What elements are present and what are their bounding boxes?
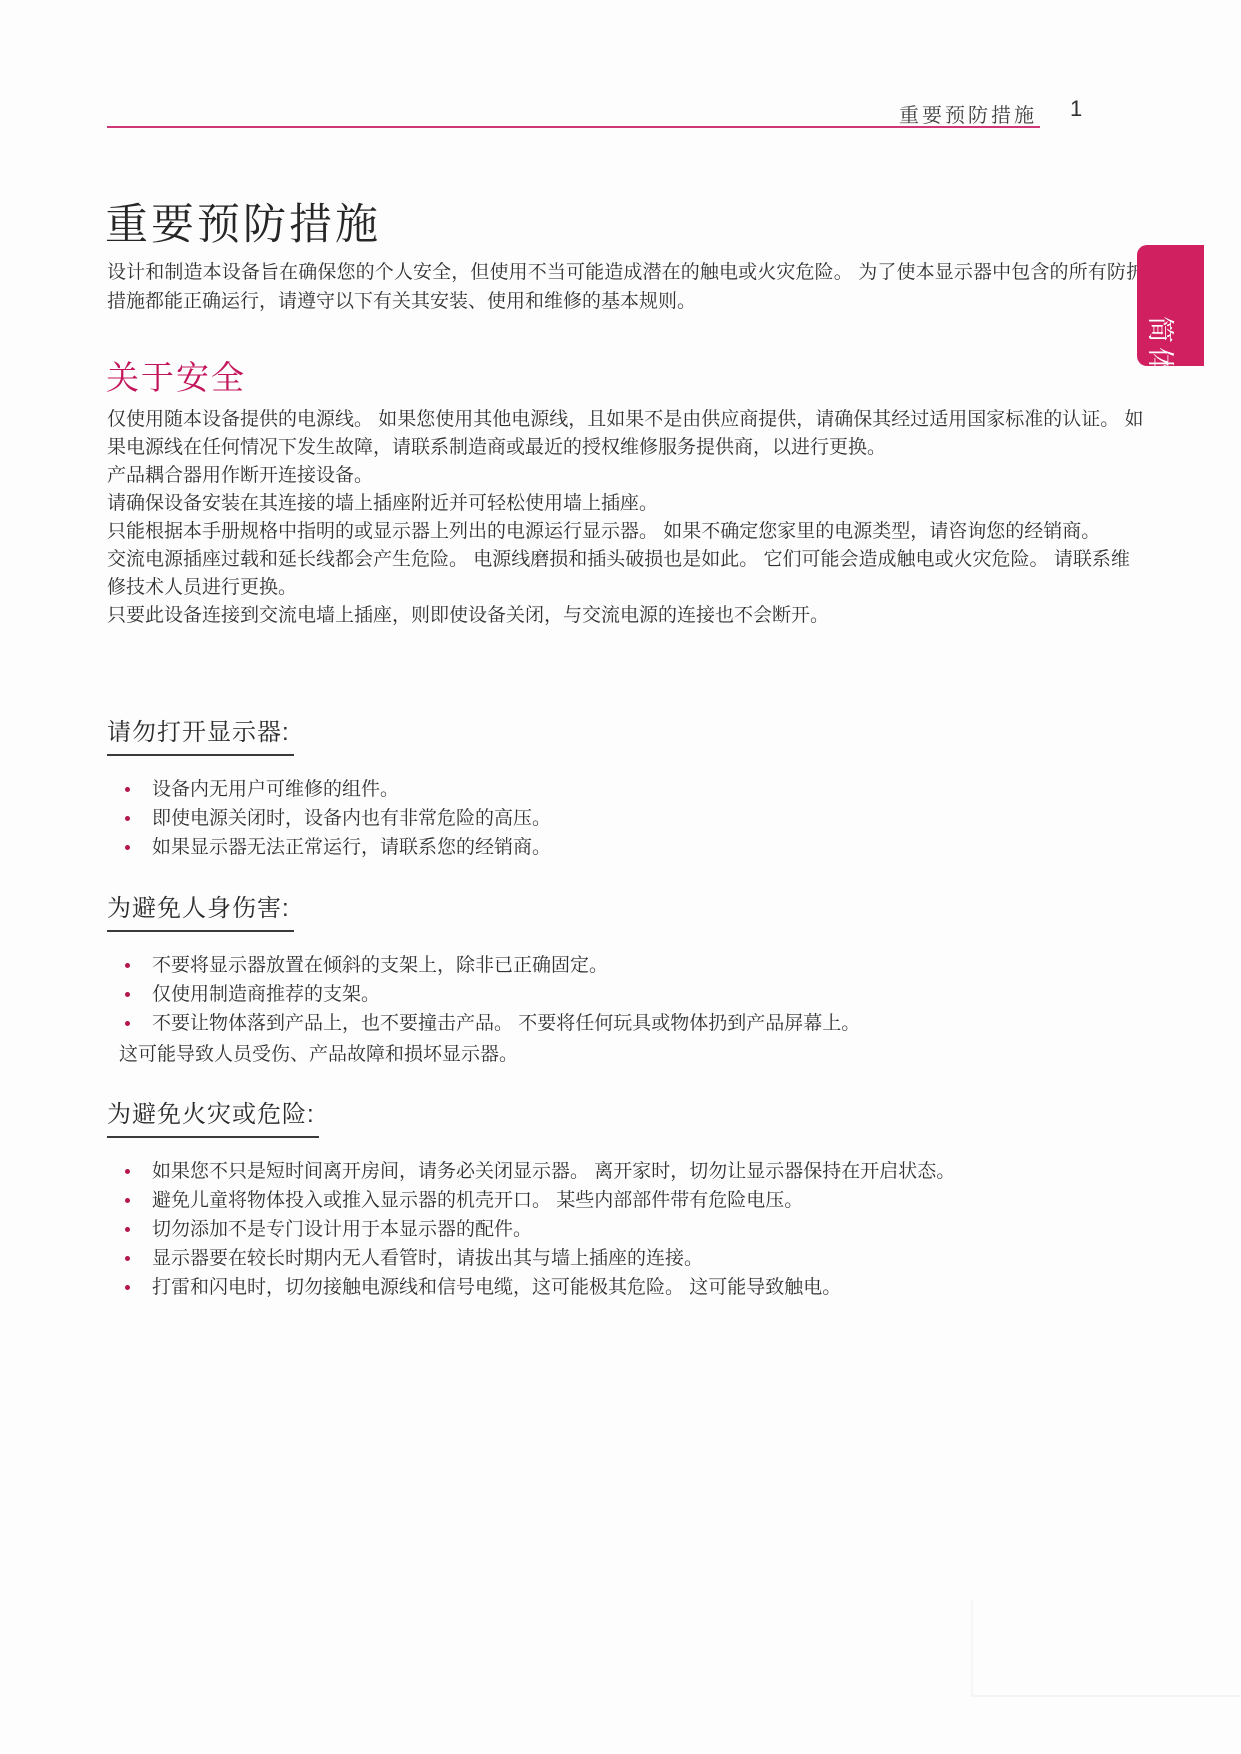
bullet-icon bbox=[125, 992, 130, 997]
language-tab[interactable]: 简体 bbox=[1137, 245, 1204, 366]
subsection-prevent-fire: 为避免火灾或危险: 如果您不只是短时间离开房间，请务必关闭显示器。 离开家时，切… bbox=[107, 1094, 1147, 1302]
subsection-heading: 为避免火灾或危险: bbox=[107, 1094, 319, 1138]
bullet-text: 避免儿童将物体投入或推入显示器的机壳开口。 某些内部部件带有危险电压。 bbox=[152, 1186, 803, 1215]
list-item: 显示器要在较长时期内无人看管时，请拔出其与墙上插座的连接。 bbox=[107, 1244, 1147, 1273]
bullet-text: 如果显示器无法正常运行，请联系您的经销商。 bbox=[152, 833, 551, 862]
bullet-list: 设备内无用户可维修的组件。 即使电源关闭时，设备内也有非常危险的高压。 如果显示… bbox=[107, 775, 1147, 862]
safety-paragraph: 交流电源插座过载和延长线都会产生危险。 电源线磨损和插头破损也是如此。 它们可能… bbox=[107, 546, 1147, 602]
list-item: 不要将显示器放置在倾斜的支架上，除非已正确固定。 bbox=[107, 951, 1147, 980]
intro-paragraph: 设计和制造本设备旨在确保您的个人安全，但使用不当可能造成潜在的触电或火灾危险。 … bbox=[107, 258, 1145, 316]
bullet-text: 显示器要在较长时期内无人看管时，请拔出其与墙上插座的连接。 bbox=[152, 1244, 703, 1273]
bullet-icon bbox=[125, 1227, 130, 1232]
list-item: 如果您不只是短时间离开房间，请务必关闭显示器。 离开家时，切勿让显示器保持在开启… bbox=[107, 1157, 1147, 1186]
safety-paragraph: 只能根据本手册规格中指明的或显示器上列出的电源运行显示器。 如果不确定您家里的电… bbox=[107, 518, 1147, 546]
bullet-icon bbox=[125, 1198, 130, 1203]
list-item: 即使电源关闭时，设备内也有非常危险的高压。 bbox=[107, 804, 1147, 833]
bullet-text: 如果您不只是短时间离开房间，请务必关闭显示器。 离开家时，切勿让显示器保持在开启… bbox=[152, 1157, 955, 1186]
bullet-icon bbox=[125, 787, 130, 792]
list-item: 避免儿童将物体投入或推入显示器的机壳开口。 某些内部部件带有危险电压。 bbox=[107, 1186, 1147, 1215]
bullet-text: 切勿添加不是专门设计用于本显示器的配件。 bbox=[152, 1215, 532, 1244]
bullet-icon bbox=[125, 845, 130, 850]
running-header-label: 重要预防措施 bbox=[107, 99, 1037, 128]
bullet-text: 设备内无用户可维修的组件。 bbox=[152, 775, 399, 804]
bullet-text: 不要将显示器放置在倾斜的支架上，除非已正确固定。 bbox=[152, 951, 608, 980]
scan-artifact bbox=[971, 1600, 973, 1697]
safety-paragraph: 仅使用随本设备提供的电源线。 如果您使用其他电源线，且如果不是由供应商提供，请确… bbox=[107, 406, 1147, 462]
safety-paragraph: 请确保设备安装在其连接的墙上插座附近并可轻松使用墙上插座。 bbox=[107, 490, 1147, 518]
bullet-icon bbox=[125, 1169, 130, 1174]
list-item: 不要让物体落到产品上，也不要撞击产品。 不要将任何玩具或物体扔到产品屏幕上。 bbox=[107, 1009, 1147, 1038]
section-title-safety: 关于安全 bbox=[106, 352, 246, 399]
list-item: 打雷和闪电时，切勿接触电源线和信号电缆，这可能极其危险。 这可能导致触电。 bbox=[107, 1273, 1147, 1302]
subsection-do-not-open: 请勿打开显示器: 设备内无用户可维修的组件。 即使电源关闭时，设备内也有非常危险… bbox=[107, 712, 1147, 862]
bullet-icon bbox=[125, 963, 130, 968]
bullet-text: 仅使用制造商推荐的支架。 bbox=[152, 980, 380, 1009]
subsection-avoid-injury: 为避免人身伤害: 不要将显示器放置在倾斜的支架上，除非已正确固定。 仅使用制造商… bbox=[107, 888, 1147, 1069]
bullet-icon bbox=[125, 1285, 130, 1290]
bullet-text: 不要让物体落到产品上，也不要撞击产品。 不要将任何玩具或物体扔到产品屏幕上。 bbox=[152, 1009, 860, 1038]
list-item: 如果显示器无法正常运行，请联系您的经销商。 bbox=[107, 833, 1147, 862]
list-item: 切勿添加不是专门设计用于本显示器的配件。 bbox=[107, 1215, 1147, 1244]
bullet-text: 打雷和闪电时，切勿接触电源线和信号电缆，这可能极其危险。 这可能导致触电。 bbox=[152, 1273, 841, 1302]
safety-paragraph: 只要此设备连接到交流电墙上插座，则即使设备关闭，与交流电源的连接也不会断开。 bbox=[107, 602, 1147, 630]
subsection-note: 这可能导致人员受伤、产品故障和损坏显示器。 bbox=[119, 1040, 1147, 1069]
manual-page: 重要预防措施 1 重要预防措施 设计和制造本设备旨在确保您的个人安全，但使用不当… bbox=[0, 0, 1241, 1754]
bullet-icon bbox=[125, 1256, 130, 1261]
page-title: 重要预防措施 bbox=[105, 191, 381, 252]
list-item: 仅使用制造商推荐的支架。 bbox=[107, 980, 1147, 1009]
subsection-heading: 请勿打开显示器: bbox=[107, 712, 294, 756]
bullet-list: 不要将显示器放置在倾斜的支架上，除非已正确固定。 仅使用制造商推荐的支架。 不要… bbox=[107, 951, 1147, 1038]
bullet-icon bbox=[125, 816, 130, 821]
list-item: 设备内无用户可维修的组件。 bbox=[107, 775, 1147, 804]
bullet-list: 如果您不只是短时间离开房间，请务必关闭显示器。 离开家时，切勿让显示器保持在开启… bbox=[107, 1157, 1147, 1302]
safety-paragraphs: 仅使用随本设备提供的电源线。 如果您使用其他电源线，且如果不是由供应商提供，请确… bbox=[107, 406, 1147, 630]
subsection-heading: 为避免人身伤害: bbox=[107, 888, 294, 932]
page-number: 1 bbox=[1070, 96, 1082, 122]
safety-paragraph: 产品耦合器用作断开连接设备。 bbox=[107, 462, 1147, 490]
bullet-icon bbox=[125, 1021, 130, 1026]
language-tab-label: 简体 bbox=[1146, 316, 1173, 366]
scan-artifact bbox=[971, 1695, 1241, 1697]
header-rule bbox=[107, 126, 1040, 128]
bullet-text: 即使电源关闭时，设备内也有非常危险的高压。 bbox=[152, 804, 551, 833]
